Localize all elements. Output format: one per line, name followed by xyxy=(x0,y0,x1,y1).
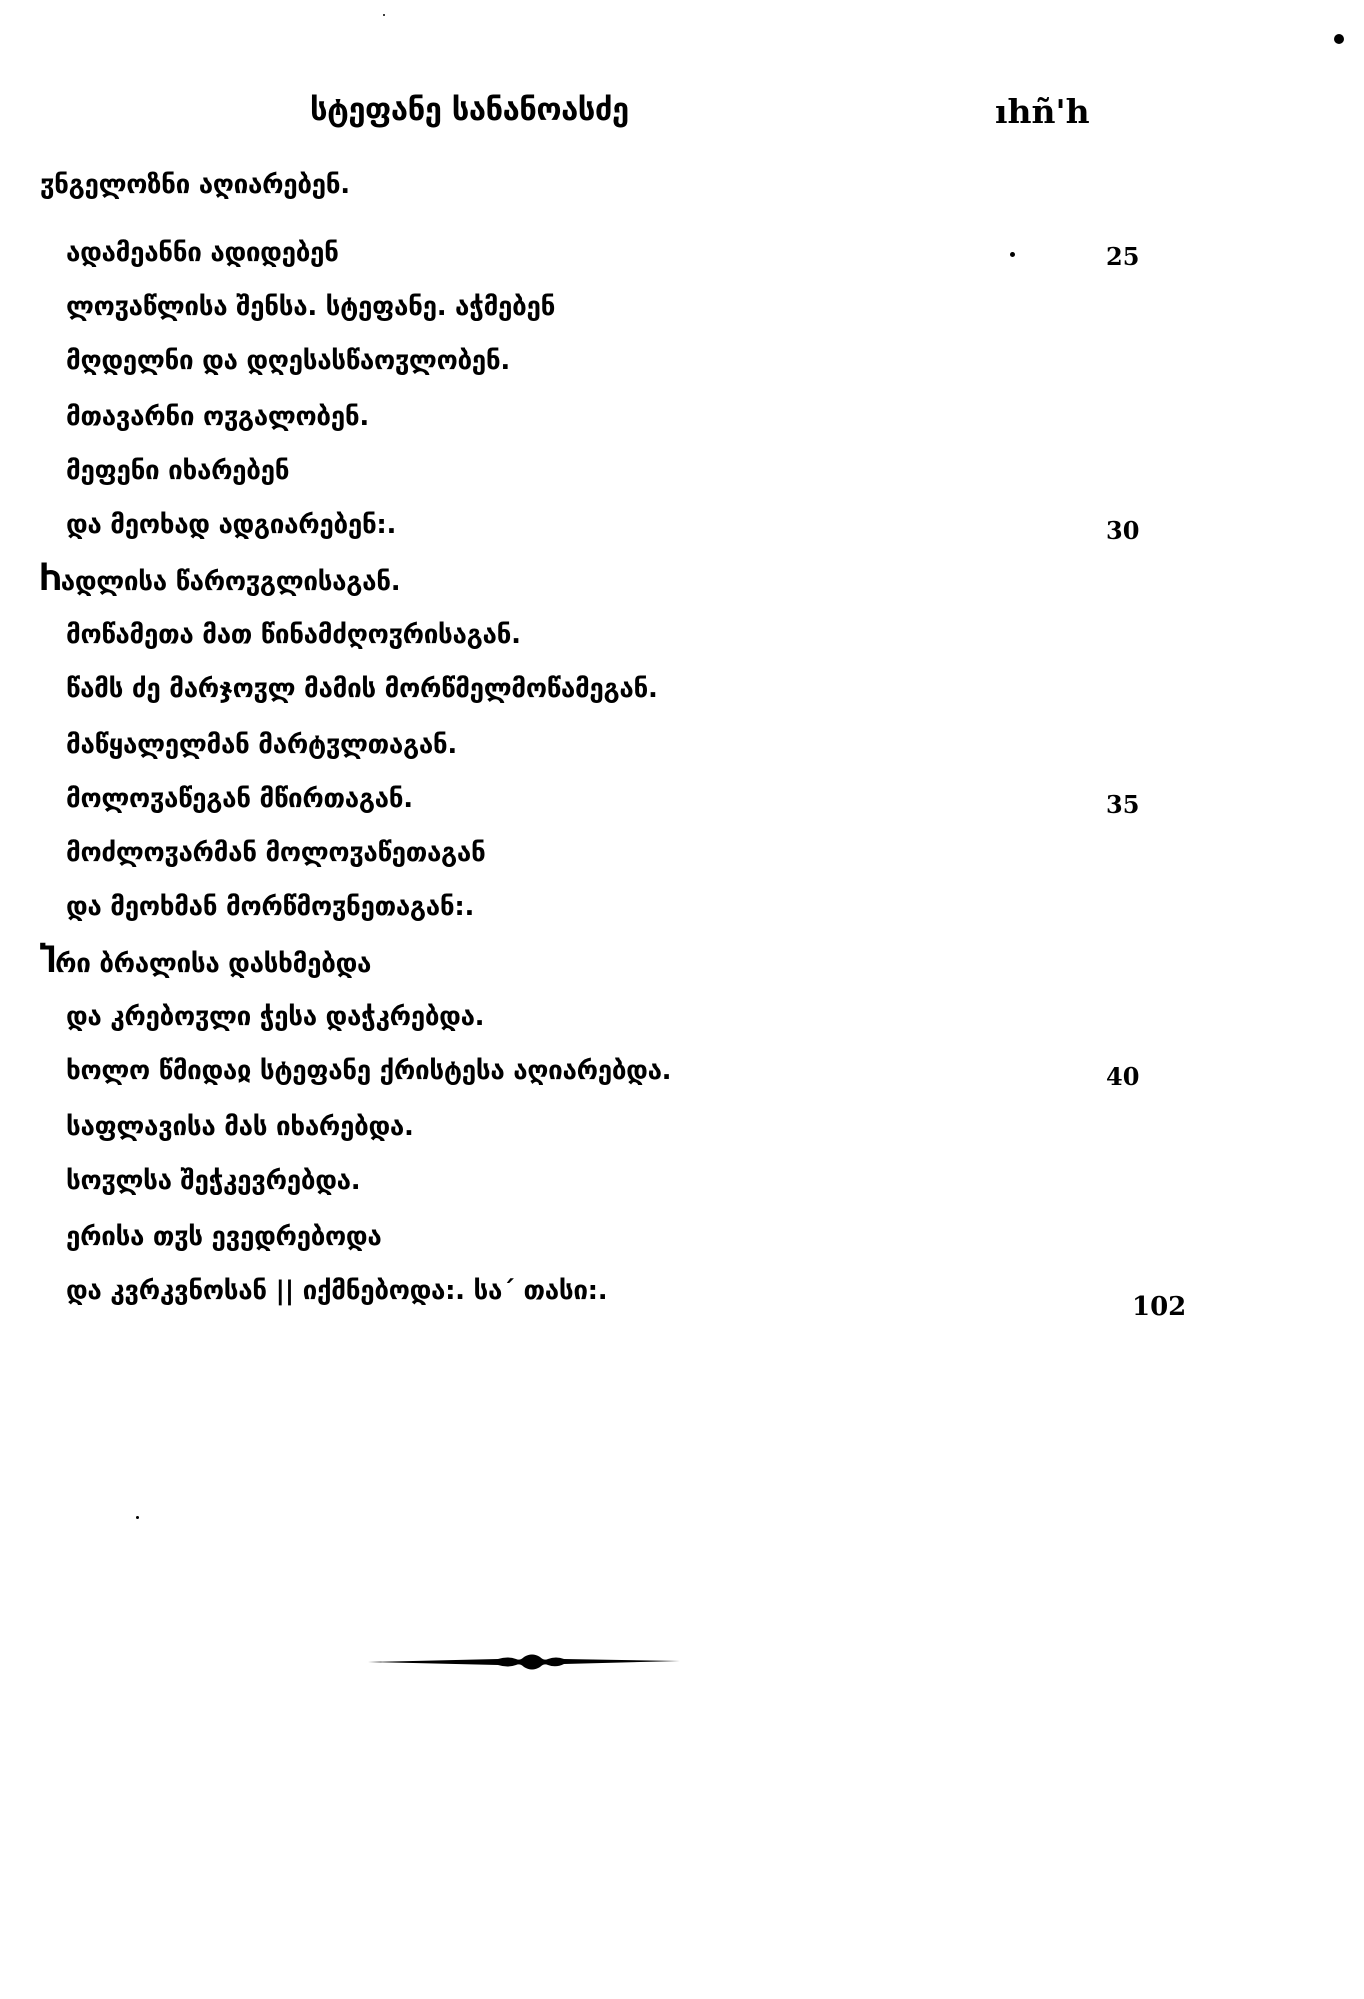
folio-number: 102 xyxy=(1132,1290,1186,1324)
verse-line-text: ადამეანნი ადიდებენ xyxy=(66,238,339,268)
verse-line: საფლავისა მას იხარებდა. xyxy=(66,1110,414,1144)
verse-line: ხოლო წმიდაჲ სტეფანე ქრისტესა აღიარებდა. xyxy=(66,1054,671,1088)
verse-line-text: და კრებოჳლი ჭესა დაჭკრებდა. xyxy=(66,1002,484,1032)
verse-line: და კვრკვნოსან || იქმნებოდა:. სა´ თასი:. xyxy=(66,1274,607,1308)
verse-line-text: და კვრკვნოსან || იქმნებოდა:. სა´ თასი:. xyxy=(66,1276,607,1306)
verse-line: მთავარნი ოჳგალობენ. xyxy=(66,400,369,434)
verse-line: მოძლოჳარმან მოლოჳაწეთაგან xyxy=(66,836,486,870)
verse-line-text: ერისა თჳს ევედრებოდა xyxy=(66,1222,381,1252)
verse-line: სოჳლსა შეჭკევრებდა. xyxy=(66,1164,360,1198)
verse-line-text: მოწამეთა მათ წინამძღოჳრისაგან. xyxy=(66,620,521,650)
verse-line: მეფენი იხარებენ xyxy=(66,454,289,488)
verse-line: Ⴙადლისა წაროჳგლისაგან. xyxy=(40,562,400,599)
document-page: სტეფანე სანანოასძე ıhñ'h ჳნგელოზნი აღიარ… xyxy=(0,0,1364,1999)
verse-line: მოწამეთა მათ წინამძღოჳრისაგან. xyxy=(66,618,521,652)
verse-line-text: რი ბრალისა დასხმებდა xyxy=(55,949,371,979)
verse-line-text: მთავარნი ოჳგალობენ. xyxy=(66,402,369,432)
verse-line-text: მოძლოჳარმან მოლოჳაწეთაგან xyxy=(66,838,486,868)
verse-line-text: ჳნგელოზნი აღიარებენ. xyxy=(40,170,350,200)
verse-line: ერისა თჳს ევედრებოდა xyxy=(66,1220,381,1254)
drop-initial: Ⴈ xyxy=(40,941,55,981)
verse-line: წამს ძე მარჯოჳლ მამის მორწმელმოწამეგან. xyxy=(66,672,658,706)
line-number: 30 xyxy=(1106,514,1139,548)
running-head: სტეფანე სანანოასძე ıhñ'h xyxy=(0,92,1364,142)
verse-line: მაწყალელმან მარტჳლთაგან. xyxy=(66,728,457,762)
verse-line: მოლოჳაწეგან მწირთაგან. xyxy=(66,782,413,816)
verse-line: ჳნგელოზნი აღიარებენ. xyxy=(40,168,350,202)
running-title: სტეფანე სანანოასძე xyxy=(310,92,629,128)
print-speck xyxy=(1334,34,1344,44)
verse-line: და კრებოჳლი ჭესა დაჭკრებდა. xyxy=(66,1000,484,1034)
verse-line-text: ადლისა წაროჳგლისაგან. xyxy=(61,567,401,597)
verse-line: Ⴈრი ბრალისა დასხმებდა xyxy=(40,944,371,981)
ornament-divider-icon xyxy=(368,1650,680,1674)
verse-line: მღდელნი და დღესასწაოჳლობენ. xyxy=(66,344,510,378)
print-speck xyxy=(1010,252,1015,257)
verse-line-text: სოჳლსა შეჭკევრებდა. xyxy=(66,1166,360,1196)
drop-initial: Ⴙ xyxy=(40,559,61,599)
verse-line-text: მეფენი იხარებენ xyxy=(66,456,289,486)
verse-line: ადამეანნი ადიდებენ xyxy=(66,236,339,270)
running-folio: ıhñ'h xyxy=(995,92,1090,131)
verse-line: ლოჳაწლისა შენსა. სტეფანე. აჭმებენ xyxy=(66,290,555,324)
verse-line-text: მოლოჳაწეგან მწირთაგან. xyxy=(66,784,413,814)
verse-line-text: ლოჳაწლისა შენსა. სტეფანე. აჭმებენ xyxy=(66,292,555,322)
verse-line-text: მღდელნი და დღესასწაოჳლობენ. xyxy=(66,346,510,376)
print-speck xyxy=(383,14,385,16)
verse-line-text: და მეოხად ადგიარებენ:. xyxy=(66,510,396,540)
line-number: 40 xyxy=(1106,1060,1139,1094)
verse-line-text: საფლავისა მას იხარებდა. xyxy=(66,1112,414,1142)
verse-line: და მეოხმან მორწმოჳნეთაგან:. xyxy=(66,890,474,924)
verse-line-text: და მეოხმან მორწმოჳნეთაგან:. xyxy=(66,892,474,922)
print-speck xyxy=(136,1516,139,1519)
line-number: 35 xyxy=(1106,788,1139,822)
verse-line: და მეოხად ადგიარებენ:. xyxy=(66,508,396,542)
verse-line-text: ხოლო წმიდაჲ სტეფანე ქრისტესა აღიარებდა. xyxy=(66,1056,671,1086)
line-number: 25 xyxy=(1106,240,1139,274)
verse-line-text: მაწყალელმან მარტჳლთაგან. xyxy=(66,730,457,760)
verse-line-text: წამს ძე მარჯოჳლ მამის მორწმელმოწამეგან. xyxy=(66,674,658,704)
